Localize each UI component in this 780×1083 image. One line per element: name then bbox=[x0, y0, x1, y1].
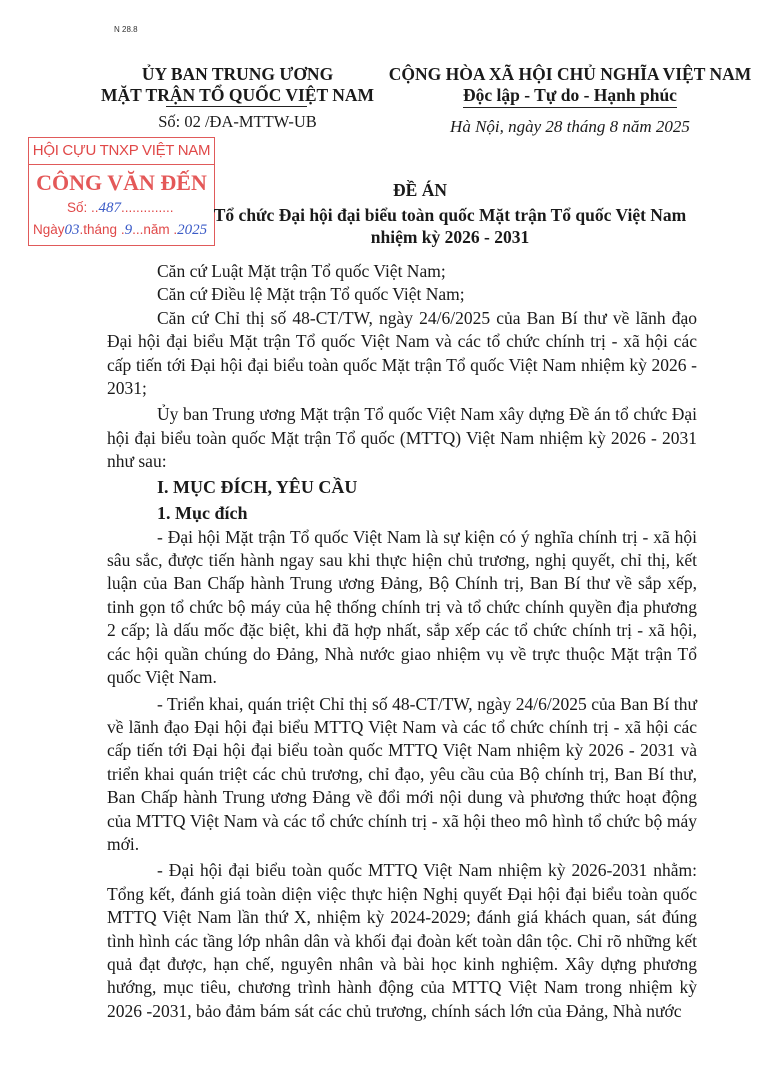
stamp-day-label: Ngày bbox=[33, 222, 65, 237]
document-type: ĐỀ ÁN bbox=[100, 180, 740, 201]
subject-line-1: Tổ chức Đại hội đại biểu toàn quốc Mặt t… bbox=[170, 204, 730, 226]
legal-basis-3: Căn cứ Chỉ thị số 48-CT/TW, ngày 24/6/20… bbox=[107, 307, 697, 401]
document-body: Căn cứ Luật Mặt trận Tổ quốc Việt Nam; C… bbox=[107, 260, 697, 1023]
document-subject: Tổ chức Đại hội đại biểu toàn quốc Mặt t… bbox=[170, 204, 730, 248]
legal-basis-1: Căn cứ Luật Mặt trận Tổ quốc Việt Nam; bbox=[107, 260, 697, 283]
reference-code: N 28.8 bbox=[114, 25, 138, 34]
section-heading: I. MỤC ĐÍCH, YÊU CẦU bbox=[107, 475, 697, 500]
agency-underline bbox=[166, 106, 307, 107]
subject-line-2: nhiệm kỳ 2026 - 2031 bbox=[170, 226, 730, 248]
stamp-number-value: 487 bbox=[99, 200, 122, 216]
purpose-paragraph-3: - Đại hội đại biểu toàn quốc MTTQ Việt N… bbox=[107, 859, 697, 1023]
stamp-day-value: 03 bbox=[65, 222, 80, 238]
purpose-paragraph-2: - Triển khai, quán triệt Chỉ thị số 48-C… bbox=[107, 693, 697, 857]
stamp-organization: HỘI CỰU TNXP VIỆT NAM bbox=[29, 138, 214, 165]
stamp-month-value: 9 bbox=[125, 222, 133, 238]
national-header: CỘNG HÒA XÃ HỘI CHỦ NGHĨA VIỆT NAM Độc l… bbox=[370, 64, 770, 108]
agency-line-1: ỦY BAN TRUNG ƯƠNG bbox=[95, 64, 380, 85]
intro-paragraph: Ủy ban Trung ương Mặt trận Tổ quốc Việt … bbox=[107, 403, 697, 473]
issue-date: Hà Nội, ngày 28 tháng 8 năm 2025 bbox=[390, 117, 750, 137]
issuing-agency: ỦY BAN TRUNG ƯƠNG MẶT TRẬN TỔ QUỐC VIỆT … bbox=[95, 64, 380, 106]
document-number: Số: 02 /ĐA-MTTW-UB bbox=[95, 112, 380, 132]
stamp-month-label: tháng bbox=[83, 222, 117, 237]
national-motto: Độc lập - Tự do - Hạnh phúc bbox=[463, 85, 677, 108]
legal-basis-2: Căn cứ Điều lệ Mặt trận Tổ quốc Việt Nam… bbox=[107, 283, 697, 306]
country-name: CỘNG HÒA XÃ HỘI CHỦ NGHĨA VIỆT NAM bbox=[370, 64, 770, 85]
subsection-heading: 1. Mục đích bbox=[107, 501, 697, 526]
agency-line-2: MẶT TRẬN TỔ QUỐC VIỆT NAM bbox=[95, 85, 380, 106]
purpose-paragraph-1: - Đại hội Mặt trận Tổ quốc Việt Nam là s… bbox=[107, 526, 697, 690]
stamp-number-label: Số: bbox=[67, 200, 87, 215]
stamp-year-label: năm bbox=[143, 222, 169, 237]
